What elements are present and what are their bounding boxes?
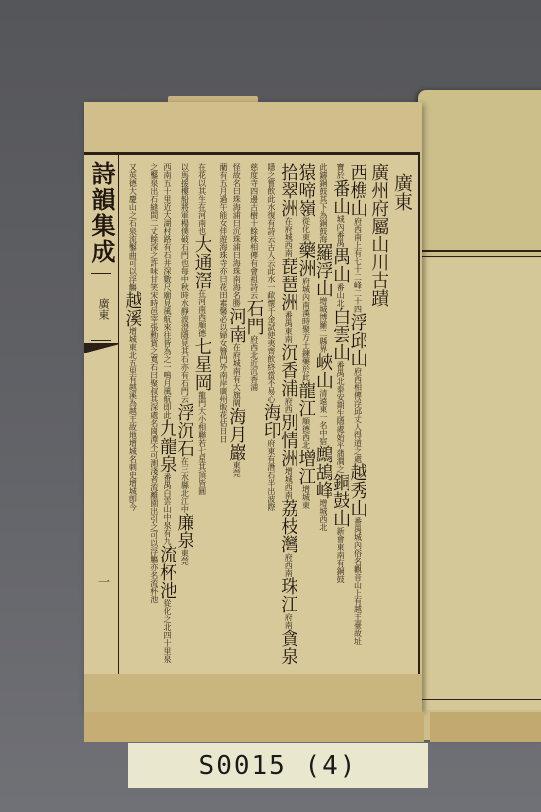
entry-name: 石門: [245, 299, 262, 335]
entry-name: 別情洲: [280, 413, 297, 467]
entry-note: 府西北近沉香浦: [250, 335, 259, 391]
entry-name: 大通滘: [193, 235, 210, 289]
entry-note: 之鑿泉出石縫間二丈餘深之許味甘: [150, 163, 159, 283]
entry-note: 叔其深處名崗潭不可測淺者流離園出引之可以浮觴亦名流杯池: [150, 387, 159, 603]
entry-note: 增城博羅二縣界: [319, 297, 328, 353]
right-page-text-area: [426, 258, 541, 710]
entry-note: 慈度寺四邊古樹十餘株相傳有會祖詩云: [250, 163, 259, 299]
entry-note: 新會東南有銅鼓: [336, 527, 345, 583]
entry-name: 珠江: [280, 577, 297, 613]
entry-note: 城內番禺: [336, 215, 345, 247]
text-column: 以馬援樓船將軍楊僕破石門也每中秋時水靜波澄隱見其石亦有石門云浮沉石在三水縣北江中…: [176, 163, 193, 669]
entry-name: 七星岡: [193, 337, 210, 391]
page-number: 一: [98, 573, 110, 590]
book-title: 詩韻集成: [88, 161, 114, 265]
text-column: 西樵山府西南上有七十二峰二十四浮邱山府西相傳浮邱丈人得道之處越秀山番禺城內俗名觀…: [349, 163, 366, 669]
entry-note: 府南: [284, 613, 293, 629]
entry-name: 龍江: [297, 381, 314, 417]
entry-note: 順德西北: [302, 417, 311, 449]
text-column: 之鑿泉出石縫間二丈餘深之許味甘笑宋時邑宰張勳賞之寬石曰聚叔其深處名崗潭不可測淺者…: [141, 163, 158, 669]
entry-name: 沉香浦: [280, 343, 297, 397]
entry-note: 增城西北: [319, 499, 328, 531]
text-column: 慈度寺四邊古樹十餘株相傳有會祖詩云石門府西北近沉香浦: [245, 163, 262, 669]
entry-note: 清遠東一名中宿: [319, 389, 328, 445]
entry-note: 在三水縣北江中: [180, 457, 189, 513]
entry-name: 拾翠洲: [280, 163, 297, 217]
entry-note: 西南五十里近大湖村路有石井深數尺: [163, 163, 172, 291]
entry-name: 羅浮山: [315, 243, 332, 297]
entry-note: 亦曰花田素馨必以婦女簪: [219, 267, 228, 355]
entry-note: 隱之嘗飲此水復有詩云古人云此水一歃懷千金試使夷齊飲終當不易心: [267, 163, 276, 403]
entry-note: 番禺東南: [284, 311, 293, 343]
entry-name: 海印: [263, 403, 280, 439]
entry-note: 廟見風航來往皆為之一鳴月風航即此: [163, 291, 172, 419]
page-bottom-margin: [84, 674, 422, 712]
entry-note: 番禺北泰安期生隱處始平蒲澗之: [336, 361, 345, 473]
entry-name: 九龍泉: [159, 419, 176, 473]
text-column: 藺有五月過午能女伴遊海珠寺亦曰花田素馨必以婦女簪門外南岸廣州販花估日日: [211, 163, 228, 669]
entry-name: 西樵山: [349, 163, 366, 217]
entry-note: 在河南西順德: [198, 289, 207, 337]
entry-name: 銅鼓山: [332, 473, 349, 527]
entry-note: 府東有潛石半出波際: [267, 439, 276, 511]
entry-name: 越秀山: [349, 463, 366, 517]
entry-name: 猿啼嶺: [297, 163, 314, 217]
entry-name: 河南: [228, 307, 245, 343]
top-border-rule: [422, 250, 541, 252]
entry-name: 越溪: [124, 291, 141, 327]
text-column: 此鑄銅鼓其下為銅鼓海羅浮山增城博羅二縣界峽山清遠東一名中宿鷓鴣峰增城西北: [315, 163, 332, 669]
book-page: 詩韻集成 廣東 一 廣東 廣州府屬山川古蹟 西樵山府西南上有七十二峰二十四浮邱山…: [84, 102, 422, 712]
entry-note: 也每中秋時水靜波澄隱見其石亦有石門云: [180, 259, 189, 403]
text-column: 寶於番山城內番禺禺山番山北白雲山番禺北泰安期生隱處始平蒲澗之銅鼓山新會東南有銅鼓: [332, 163, 349, 669]
entry-name: 白雲山: [332, 307, 349, 361]
book-bottom-edge: [84, 712, 424, 742]
entry-name: 鷓鴣峰: [315, 445, 332, 499]
text-column: 猿啼嶺從化東藥洲府城內南漢時聚方士鍊藥於此龍江順德西北增江增城東: [297, 163, 314, 669]
entry-name: 禺山: [332, 247, 349, 283]
section-label: 廣東: [91, 273, 111, 341]
book-bottom-edge-right: [430, 712, 541, 742]
text-column: 又英德大慶山之石泉流鑿曲可以浮觴越溪增城東北五里有越溪為越王故地增城名刺史增城卽…: [124, 163, 141, 669]
entry-note: 怪故名曰珠海浦曰沉珠浦曰海珠南海名勝: [232, 163, 241, 307]
text-column: 隱之嘗飲此水復有詩云古人云此水一歃懷千金試使夷齊飲終當不易心海印府東有潛石半出波…: [263, 163, 280, 669]
entry-name: 琵琶洲: [280, 257, 297, 311]
entry-note: 笑宋時邑宰張勳賞之寬石曰聚: [150, 283, 159, 387]
entry-note: 在花以其生: [198, 163, 207, 203]
text-columns: 廣東 廣州府屬山川古蹟 西樵山府西南上有七十二峰二十四浮邱山府西相傳浮邱丈人得道…: [124, 163, 412, 669]
entry-note: 增城名刺史增城卽今: [128, 439, 137, 511]
entry-note: 門外南岸廣州販花估日日: [219, 355, 228, 443]
entry-note: 增城東北五里有越溪為越王故地: [128, 327, 137, 439]
entry-note: 番山北: [336, 283, 345, 307]
fish-tail-mark: [84, 343, 118, 353]
entry-note: 寶於: [336, 163, 345, 179]
entry-note: 府西: [284, 397, 293, 413]
page-margin-strip: 詩韻集成 廣東 一: [84, 155, 119, 675]
section-heading: 廣州府屬山川古蹟: [366, 163, 388, 669]
entry-note: 從化東: [302, 217, 311, 241]
text-column: 西南五十里近大湖村路有石井深數尺廟見風航來往皆為之一鳴月風航即此九龍泉番禺白雲山…: [159, 163, 176, 669]
entry-note: 東莞: [232, 461, 241, 477]
entry-note: 又英德大慶山之石泉流鑿曲可以浮觴: [128, 163, 137, 291]
entry-note: 番禺城內俗名觀音山上有越王臺故址: [353, 517, 362, 645]
text-column: 拾翠洲在府城西南琵琶洲番禺東南沉香浦府西別情洲增城西南荔枝灣府西南珠江府南貪泉府…: [280, 163, 297, 669]
entry-note: 番禺白雲山中泉有九: [163, 473, 172, 545]
text-column: 在花以其生在河南也大通滘在河南西順德七星岡龍門大小相聯若七星其頂皆圓: [193, 163, 210, 669]
entry-name: 番山: [332, 179, 349, 215]
entry-note: 府西南: [284, 553, 293, 577]
entry-note: 增城西南: [284, 467, 293, 499]
entry-note: 府城內南漢時聚方士鍊藥於此: [302, 277, 311, 381]
entry-name: 浮沉石: [176, 403, 193, 457]
entry-note: 龍門大小相聯若七星其頂皆圓: [198, 391, 207, 495]
bottom-border-rule: [422, 699, 541, 700]
entry-note: 在府城南有大旗閘: [232, 343, 241, 407]
text-frame: 詩韻集成 廣東 一 廣東 廣州府屬山川古蹟 西樵山府西南上有七十二峰二十四浮邱山…: [84, 152, 420, 677]
entry-name: 海月巖: [228, 407, 245, 461]
entry-note: 府西南上有七十二峰二十四: [353, 217, 362, 313]
entry-note: 在府城西南: [284, 217, 293, 257]
entry-note: 在河南也: [198, 203, 207, 235]
entry-note: 以馬援樓船將軍楊僕破石門: [180, 163, 189, 259]
region-heading: 廣東: [388, 163, 412, 669]
entry-note: 能女伴遊海珠寺: [219, 211, 228, 267]
entry-name: 增江: [297, 449, 314, 485]
entry-name: 貪泉: [280, 629, 297, 665]
entry-name: 藥洲: [297, 241, 314, 277]
entry-name: 荔枝灣: [280, 499, 297, 553]
entry-name: 流杯池: [159, 545, 176, 599]
entry-note: 增城東: [302, 485, 311, 509]
catalog-label: S0015 (4): [128, 743, 428, 788]
entry-note: 藺有五月過午: [219, 163, 228, 211]
entry-note: 此鑄銅鼓其下為銅鼓海: [319, 163, 328, 243]
entry-note: 東莞: [180, 549, 189, 565]
entry-note: 府西相傳浮邱丈人得道之處: [353, 367, 362, 463]
entry-name: 峽山: [315, 353, 332, 389]
right-facing-page: [418, 90, 541, 740]
top-border-rule-inner: [422, 256, 541, 257]
text-column: 怪故名曰珠海浦曰沉珠浦曰海珠南海名勝河南在府城南有大旗閘海月巖東莞: [228, 163, 245, 669]
entry-name: 廉泉: [176, 513, 193, 549]
entry-name: 浮邱山: [349, 313, 366, 367]
